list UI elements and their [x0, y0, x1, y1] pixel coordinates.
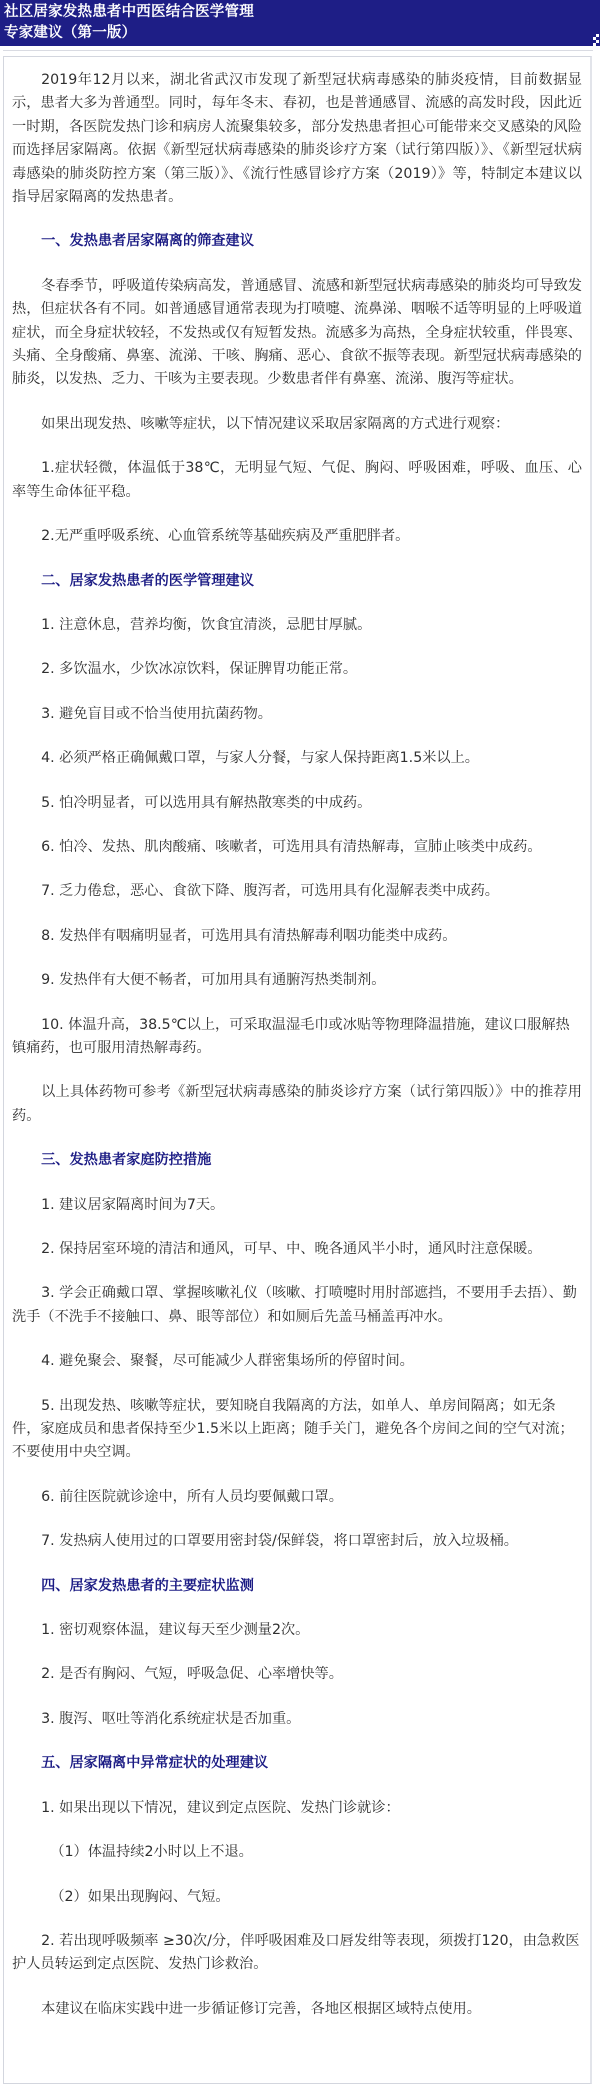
list-item: 5. 怕冷明显者，可以选用具有解热散寒类的中成药。	[12, 792, 582, 815]
list-item: 4. 必须严格正确佩戴口罩，与家人分餐，与家人保持距离1.5米以上。	[12, 747, 582, 770]
section-heading-5: 五、居家隔离中异常症状的处理建议	[12, 1752, 582, 1775]
section-1-paragraph: 2.无严重呼吸系统、心血管系统等基础疾病及严重肥胖者。	[12, 525, 582, 548]
list-item: 4. 避免聚会、聚餐，尽可能减少人群密集场所的停留时间。	[12, 1350, 582, 1373]
intro-paragraph: 2019年12月以来，湖北省武汉市发现了新型冠状病毒感染的肺炎疫情，目前数据显示…	[12, 69, 582, 209]
list-item: 2. 若出现呼吸频率 ≥30次/分，伴呼吸困难及口唇发绀等表现，须拨打120，由…	[12, 1930, 582, 1977]
list-item: 3. 腹泻、呕吐等消化系统症状是否加重。	[12, 1708, 582, 1731]
document-header: 社区居家发热患者中西医结合医学管理 专家建议（第一版）	[0, 0, 600, 46]
list-item: 10. 体温升高，38.5℃以上，可采取温湿毛巾或冰贴等物理降温措施，建议口服解…	[12, 1014, 582, 1061]
document-body-frame: 2019年12月以来，湖北省武汉市发现了新型冠状病毒感染的肺炎疫情，目前数据显示…	[3, 56, 592, 2084]
list-item: 7. 发热病人使用过的口罩要用密封袋/保鲜袋，将口罩密封后，放入垃圾桶。	[12, 1530, 582, 1553]
list-item: 1. 建议居家隔离时间为7天。	[12, 1194, 582, 1217]
section-heading-1: 一、发热患者居家隔离的筛查建议	[12, 230, 582, 253]
document-title-line-1: 社区居家发热患者中西医结合医学管理	[4, 2, 254, 22]
section-1-paragraph: 1.症状轻微，体温低于38℃，无明显气短、气促、胸闷、呼吸困难，呼吸、血压、心率…	[12, 457, 582, 504]
sub-list-item: （1）体温持续2小时以上不退。	[12, 1841, 582, 1864]
list-item: 6. 怕冷、发热、肌肉酸痛、咳嗽者，可选用具有清热解毒，宣肺止咳类中成药。	[12, 836, 582, 859]
section-1-paragraph: 如果出现发热、咳嗽等症状，以下情况建议采取居家隔离的方式进行观察：	[12, 413, 582, 436]
closing-paragraph: 本建议在临床实践中进一步循证修订完善，各地区根据区域特点使用。	[12, 1998, 582, 2021]
list-item: 3. 学会正确戴口罩、掌握咳嗽礼仪（咳嗽、打喷嚏时用肘部遮挡，不要用手去捂）、勤…	[12, 1282, 582, 1329]
section-heading-3: 三、发热患者家庭防控措施	[12, 1149, 582, 1172]
sub-list-item: （2）如果出现胸闷、气短。	[12, 1886, 582, 1909]
section-heading-2: 二、居家发热患者的医学管理建议	[12, 570, 582, 593]
list-item: 1. 密切观察体温，建议每天至少测量2次。	[12, 1619, 582, 1642]
section-heading-4: 四、居家发热患者的主要症状监测	[12, 1575, 582, 1598]
list-item: 8. 发热伴有咽痛明显者，可选用具有清热解毒利咽功能类中成药。	[12, 925, 582, 948]
document-title-line-2: 专家建议（第一版）	[4, 23, 136, 43]
list-item: 9. 发热伴有大便不畅者，可加用具有通腑泻热类制剂。	[12, 969, 582, 992]
list-item: 2. 是否有胸闷、气短，呼吸急促、心率增快等。	[12, 1663, 582, 1686]
list-item: 1. 注意休息，营养均衡，饮食宜清淡，忌肥甘厚腻。	[12, 614, 582, 637]
document-content: 2019年12月以来，湖北省武汉市发现了新型冠状病毒感染的肺炎疫情，目前数据显示…	[12, 69, 582, 2042]
list-item: 1. 如果出现以下情况，建议到定点医院、发热门诊就诊：	[12, 1797, 582, 1820]
list-item: 2. 保持居室环境的清洁和通风，可早、中、晚各通风半小时，通风时注意保暖。	[12, 1238, 582, 1261]
list-item: 7. 乏力倦怠，恶心、食欲下降、腹泻者，可选用具有化湿解表类中成药。	[12, 880, 582, 903]
list-item: 5. 出现发热、咳嗽等症状，要知晓自我隔离的方法，如单人、单房间隔离；如无条件，…	[12, 1395, 582, 1465]
list-item: 3. 避免盲目或不恰当使用抗菌药物。	[12, 703, 582, 726]
list-item: 2. 多饮温水，少饮冰凉饮料，保证脾胃功能正常。	[12, 658, 582, 681]
list-item: 6. 前往医院就诊途中，所有人员均要佩戴口罩。	[12, 1486, 582, 1509]
medication-note: 以上具体药物可参考《新型冠状病毒感染的肺炎诊疗方案（试行第四版）》中的推荐用药。	[12, 1081, 582, 1128]
section-1-paragraph: 冬春季节，呼吸道传染病高发，普通感冒、流感和新型冠状病毒感染的肺炎均可导致发热，…	[12, 275, 582, 392]
corner-decoration-icon	[592, 34, 600, 46]
